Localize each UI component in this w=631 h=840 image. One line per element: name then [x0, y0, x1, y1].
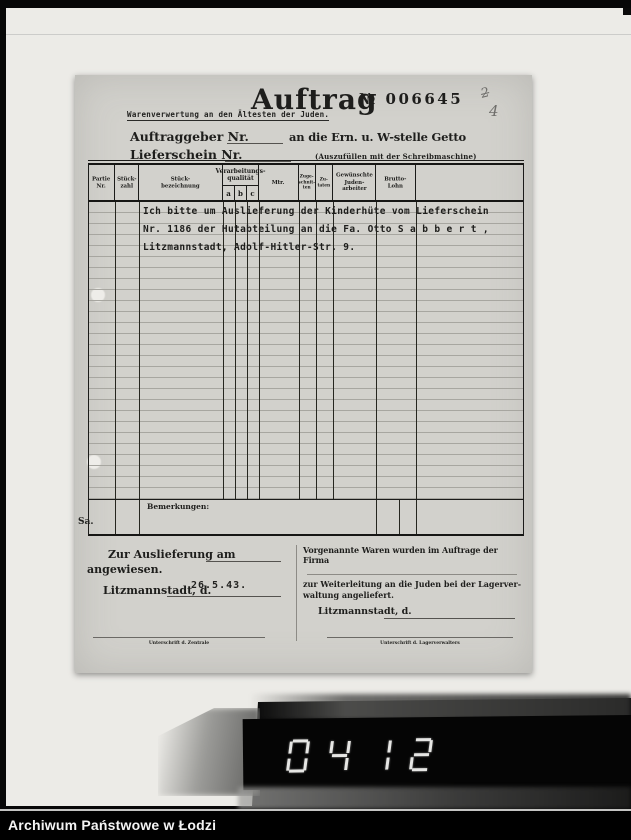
forwarding-line2: zur Weiterleitung an die Juden bei der L…	[303, 579, 523, 589]
seven-segment-digit	[409, 738, 433, 771]
city-date-label-right: Litzmannstadt, d.	[318, 606, 412, 617]
date-blank-line-left	[167, 596, 281, 597]
col-zutaten: Zu- taten	[316, 165, 333, 200]
microfilm-frame: Auftrag № 006645 2 4 Warenverwertung an …	[0, 0, 631, 840]
col-blank	[416, 165, 523, 200]
col-stueckzahl: Stück- zahl	[115, 165, 139, 200]
seven-segment-digit	[368, 739, 392, 772]
col-bruttolohn: Brutto- Lohn	[376, 165, 416, 200]
date-blank-line-right	[384, 618, 515, 619]
auftraggeber-label: Auftraggeber Nr.	[130, 129, 249, 144]
auftraggeber-blank-line	[227, 143, 283, 144]
remarks-label: Bemerkungen:	[147, 502, 209, 511]
summary-row: Sa. Bemerkungen:	[89, 499, 523, 534]
auftrag-form: Auftrag № 006645 2 4 Warenverwertung an …	[75, 75, 532, 673]
lieferschein-blank-line	[225, 161, 291, 162]
col-judenarbeiter: Gewünschte Juden- arbeiter	[333, 165, 376, 200]
seven-segment-digit	[286, 739, 310, 772]
forwarding-line1: Vorgenannte Waren wurden im Auftrage der…	[303, 545, 523, 565]
typed-line-1: Ich bitte um Auslieferung der Kinderhüte…	[143, 206, 489, 217]
table-body: Ich bitte um Auslieferung der Kinderhüte…	[89, 202, 523, 499]
col-verarbeitungsqualitaet: Verarbeitungs- qualität a b c	[223, 165, 259, 200]
order-table: Partie Nr. Stück- zahl Stück- bezeichnun…	[88, 163, 524, 536]
column-line	[115, 500, 116, 534]
seven-segment-digit	[327, 739, 351, 772]
col-partie-nr: Partie Nr.	[89, 165, 115, 200]
form-subtitle: Warenverwertung an den Ältesten der Jude…	[127, 110, 329, 121]
sum-label: Sa.	[78, 517, 93, 527]
subcol-b: b	[235, 186, 247, 202]
form-number: № 006645	[359, 90, 463, 108]
column-line	[376, 500, 377, 534]
subcol-c: c	[247, 186, 258, 202]
archive-caption-bar: Archiwum Państwowe w Łodzi	[0, 811, 631, 840]
col-mtr: Mtr.	[259, 165, 299, 200]
film-scratch-line	[6, 34, 631, 35]
forwarding-line3: waltung angeliefert.	[303, 590, 523, 600]
signature-line-right	[327, 637, 513, 638]
recipient-text: an die Ern. u. W-stelle Getto	[289, 130, 466, 144]
table-header-row: Partie Nr. Stück- zahl Stück- bezeichnun…	[89, 165, 523, 202]
handwritten-mark-top: 2	[479, 85, 491, 102]
counter-digits	[286, 738, 433, 773]
qualitaet-subcolumns: a b c	[223, 185, 258, 202]
film-corner-notch	[623, 8, 631, 15]
column-line	[399, 500, 400, 534]
typed-date: 26.5.43.	[191, 580, 247, 591]
column-line	[115, 202, 116, 499]
column-line	[376, 202, 377, 499]
column-line	[139, 500, 140, 534]
column-line	[416, 202, 417, 499]
col-stueckbezeichnung: Stück- bezeichnung	[139, 165, 223, 200]
frame-counter-display	[243, 715, 631, 790]
firma-blank-line	[307, 574, 517, 575]
delivery-blank-line	[206, 561, 281, 562]
typed-line-2: Nr. 1186 der Hutabteilung an die Fa. Ott…	[143, 224, 489, 235]
delivery-instruction-line2: angewiesen.	[87, 563, 162, 576]
archive-caption: Archiwum Państwowe w Łodzi	[8, 817, 216, 833]
counter-bottom-shadow	[238, 787, 631, 809]
handwritten-mark-bottom: 4	[489, 102, 499, 120]
column-line	[416, 500, 417, 534]
col-zugeschnitten: Zuge- schnit- ten	[299, 165, 316, 200]
signature-line-left	[93, 637, 265, 638]
subcol-a: a	[223, 186, 235, 202]
typed-line-3: Litzmannstadt, Adolf-Hitler-Str. 9.	[143, 242, 355, 253]
footer-divider	[296, 545, 297, 641]
signature-label-lagerverwalter: Unterschrift d. Lagerverwalters	[350, 640, 490, 645]
delivery-instruction-line1: Zur Auslieferung am	[108, 548, 236, 561]
column-line	[139, 202, 140, 499]
signature-label-zentrale: Unterschrift d. Zentrale	[115, 640, 244, 645]
